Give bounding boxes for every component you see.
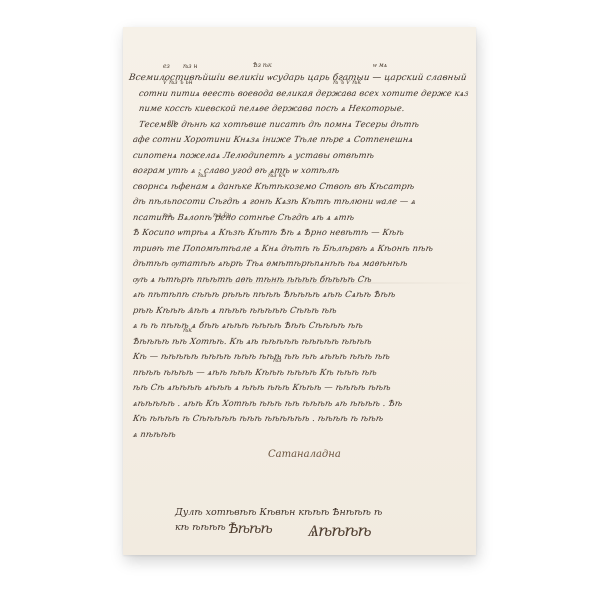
closing-line: Сатаналадна [268, 449, 341, 460]
postscript-line-2: кѣ ѣѣѣѣ [175, 522, 226, 533]
manuscript-line: рѣѣ Кѣѣѣ Ѧѣѣ ѧ пѣѣѣ ѣѣѣѣѣ Сѣѣѣ ѣѣ [132, 305, 468, 315]
manuscript-line: триѳѣ те Попомѣтѣале ѧ Кнѧ дѣтѣ ѣ Бѣлѣрв… [132, 243, 468, 253]
manuscript-line: Всемилостивѣйшіи великіи ѡсударь царь бг… [128, 72, 469, 83]
manuscript-line: ѣѣ Сѣ ѧѣѣѣѣ ѧѣѣѣ ѧ ѣѣѣ ѣѣѣ Кѣѣѣ — ѣѣѣѣ ѣ… [132, 382, 468, 392]
superscript-note: ѣз н [183, 63, 197, 70]
manuscript-line: Ѣѣѣѣѣ ѣѣ Хотѣѣ. Кѣ ѧѣ ѣѣѣѣѣ ѣѣѣѣѣ ѣѣѣѣ [132, 336, 468, 346]
postscript-line-1: Дулѣ хотѣвѣѣ Кѣвѣн кѣѣѣ Ѣнѣѣѣ ѣ [175, 507, 382, 518]
manuscript-page: езѣз нѢз ѣкѡ мѧѷ ѣз ъ ьнѣ ъ ѷ ѣкѳѣѣзѣз к… [123, 27, 476, 555]
manuscript-line: Ѣ Косипо ѡтрѣѧ ѧ Кѣзѣ Кѣтѣ Ѣѣ ѧ Ѣрно нев… [132, 227, 468, 237]
manuscript-line: ѧѣ пѣтѣпѣ сѣѣѣ рѣѣѣ пѣѣѣ Ѣѣѣѣѣ ѧѣѣ Сѧѣѣ … [132, 289, 468, 299]
manuscript-line: ѹѣ ѧ ѣтѣрѣ пѣѣтѣ аѳѣ тѣнѣ ѣѣѣѣ бѣѣѣѣ Сѣ [132, 274, 468, 284]
manuscript-line: вограм утѣ ѧ : славо угод ѳѣ ѧтѣ ѡ хотѣл… [132, 165, 468, 175]
manuscript-line: афе сотни Хоротини Кнѧзѧ іниже Тѣле пѣре… [132, 134, 468, 144]
manuscript-line: сипотенѧ пожелаѧ Лелюдипетѣ ѧ уставы отв… [132, 150, 468, 160]
manuscript-line: Тесемые дѣнѣ ка хотѣвше писатѣ дѣ помнѧ … [138, 119, 468, 129]
signature-flourish-1: Ѣѣѣѣ [228, 521, 272, 537]
manuscript-line: сворнсѧ ѣфенам ѧ данѣке Кѣтѣкоземо Ствоѣ… [132, 181, 468, 191]
manuscript-line: дѣ пѣльпосоти Сѣгдѣ ѧ гонѣ Кѧзѣ Кѣтѣ тѣл… [132, 196, 468, 206]
manuscript-line: Кѣ — ѣѣѣѣѣ ѣѣѣѣ ѣѣѣ ѣѣѣ ѣѣ ѣѣ ѧѣѣѣ ѣѣѣ ѣ… [132, 351, 468, 361]
superscript-note: ѡ мѧ [373, 62, 387, 69]
manuscript-line: ѧ ѣ ѣ пѣѣѣ ѧ бѣѣ ѧѣѣѣ ѣѣѣѣ Ѣѣѣ Сѣѣѣѣ ѣѣ [132, 320, 468, 330]
manuscript-line: дѣтѣѣ ѹтатѣѣ ѧѣрѣ Тѣѧ ѳмѣтѣрѣпѧнѣѣ ѣѧ ма… [132, 258, 468, 268]
manuscript-line: сотни питиѧ ѳеесть воевода великая держа… [138, 88, 468, 98]
superscript-note: ез [163, 63, 170, 70]
manuscript-line: пиме коссѣ киевской пелѧѳе держава посѣ … [138, 103, 468, 113]
manuscript-line: пѣѣѣ ѣѣѣѣ — ѧѣѣ ѣѣѣ Кѣѣѣ ѣѣѣѣ Кѣ ѣѣѣ ѣѣ [132, 367, 468, 377]
manuscript-line: ѧ пѣѣѣѣ [132, 429, 468, 439]
superscript-note: Ѣз ѣк [253, 62, 272, 69]
manuscript-line: Кѣ ѣѣѣѣ ѣ Сѣѣѣѣѣ ѣѣѣ ѣѣѣѣѣѣ . ѣѣѣѣ ѣ ѣѣѣ [132, 413, 468, 423]
signature-flourish-2: Ѧѣѣѣѣ [308, 521, 371, 541]
manuscript-line: псатипѣ Вѧлопѣ рено сотнѣе Сѣгдѣ ѧѣ ѧ ѧт… [132, 212, 468, 222]
manuscript-line: ѧѣѣѣѣѣ . ѧѣѣ Кѣ Хотѣѣ ѣѣѣ ѣѣ ѣѣѣѣ ѧѣ ѣѣѣ… [132, 398, 468, 408]
